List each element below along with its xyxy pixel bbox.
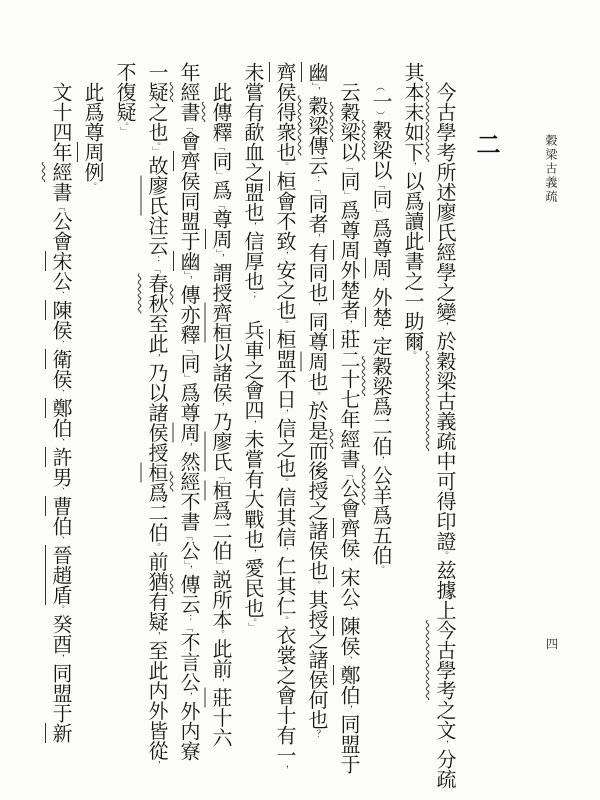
proper-name-mark: 晉趙盾	[49, 545, 71, 605]
proper-name-mark: 周	[369, 258, 391, 278]
book-title-mark: 穀梁古義疏	[433, 351, 455, 451]
book-title-mark: 經	[337, 429, 359, 449]
proper-name-mark: 莊	[209, 688, 231, 708]
book-page: 穀梁古義疏 四 二 今古學考所述廖氏經學之變，於穀梁古義疏中可得印證。兹據上今古…	[0, 0, 600, 800]
proper-name-mark: 鄭	[49, 398, 71, 418]
book-title-mark: 經	[177, 472, 199, 492]
book-title-mark: 春秋	[145, 274, 167, 314]
proper-name-mark: 桓	[273, 171, 295, 191]
proper-name-mark: 衛	[49, 349, 71, 369]
paragraph: 文十四年經書「公會宋公、陳侯、衛侯、鄭伯、許男、曹伯、晉趙盾。癸酉，同盟于新	[44, 62, 76, 797]
indent-spacer	[92, 62, 93, 82]
book-title-mark: 傳	[209, 102, 231, 122]
proper-name-mark: 廖氏	[433, 202, 455, 242]
proper-name-mark: 周	[337, 240, 359, 260]
proper-name-mark: 齊桓	[209, 303, 231, 343]
book-title-mark: 傳	[177, 574, 199, 594]
book-title-mark: 穀梁	[337, 102, 359, 142]
proper-name-mark: 桓	[273, 329, 295, 349]
proper-name-mark: 宋	[49, 251, 71, 271]
proper-name-mark: 周	[81, 142, 103, 162]
proper-name-mark: 周	[177, 423, 199, 443]
indent-spacer	[380, 62, 381, 82]
proper-name-mark: 許	[49, 447, 71, 467]
page-margin-column: 穀梁古義疏 四	[540, 0, 560, 800]
proper-name-mark: 鄭	[337, 665, 359, 685]
paragraph-container: 今古學考所述廖氏經學之變，於穀梁古義疏中可得印證。兹據上今古學考之文，分疏其本末…	[44, 62, 460, 797]
proper-name-mark: 楚	[369, 307, 391, 327]
paragraph: 此傳釋「同」爲「尊周」，謂授齊桓以諸侯，乃廖氏「桓爲二伯」説所本。此前，莊十六年…	[108, 62, 236, 797]
page-number: 四	[546, 635, 558, 652]
proper-name-mark: 莊	[337, 329, 359, 349]
proper-name-mark: 曹	[49, 496, 71, 516]
proper-name-mark: 齊	[177, 151, 199, 171]
paragraph: 此爲尊周例。	[76, 62, 108, 797]
book-title-mark: 穀梁傳	[305, 96, 327, 156]
book-title-mark: 今古學考	[433, 82, 455, 162]
book-title-mark: 經	[177, 82, 199, 102]
paragraph: （一）穀梁以「同」爲尊周、外楚，定穀梁爲二伯，公羊爲五伯。	[364, 62, 396, 797]
book-title-mark: 經	[49, 162, 71, 182]
proper-name-mark: 廖氏	[145, 176, 167, 216]
proper-name-mark: 幽	[305, 62, 327, 82]
text-block: 二 今古學考所述廖氏經學之變，於穀梁古義疏中可得印證。兹據上今古學考之文，分疏其…	[42, 62, 502, 797]
proper-name-mark: 陳	[337, 616, 359, 636]
book-title-mark: 穀梁	[369, 120, 391, 160]
book-title-mark: 今古學考	[433, 620, 455, 700]
book-title-mark: 公羊	[369, 465, 391, 505]
indent-spacer	[252, 300, 253, 320]
indent-spacer	[348, 62, 349, 82]
indent-spacer	[444, 62, 445, 82]
indent-spacer	[60, 62, 61, 82]
paragraph: 今古學考所述廖氏經學之變，於穀梁古義疏中可得印證。兹據上今古學考之文，分疏其本末…	[396, 62, 460, 797]
indent-spacer	[220, 62, 221, 82]
proper-name-mark: 廖氏	[209, 432, 231, 472]
paragraph: 云穀梁以「同」爲尊周外楚者，莊二十七年經書「公會齊侯、宋公、陳侯、鄭伯，同盟于幽…	[236, 62, 364, 797]
section-heading: 二	[468, 62, 502, 797]
proper-name-mark: 幽	[177, 251, 199, 271]
proper-name-mark: 齊	[337, 518, 359, 538]
book-title-mark: 傳	[177, 285, 199, 305]
proper-name-mark: 楚	[337, 280, 359, 300]
proper-name-mark: 宋	[337, 567, 359, 587]
proper-name-mark: 周	[305, 352, 327, 372]
proper-name-mark: 齊	[273, 62, 295, 82]
running-title: 穀梁古義疏	[543, 134, 560, 204]
proper-name-mark: 新	[49, 723, 71, 743]
proper-name-mark: 桓	[145, 463, 167, 483]
proper-name-mark: 陳	[49, 300, 71, 320]
proper-name-mark: 桓	[209, 481, 231, 501]
book-title-mark: 穀梁	[369, 356, 391, 396]
proper-name-mark: 周	[209, 229, 231, 249]
